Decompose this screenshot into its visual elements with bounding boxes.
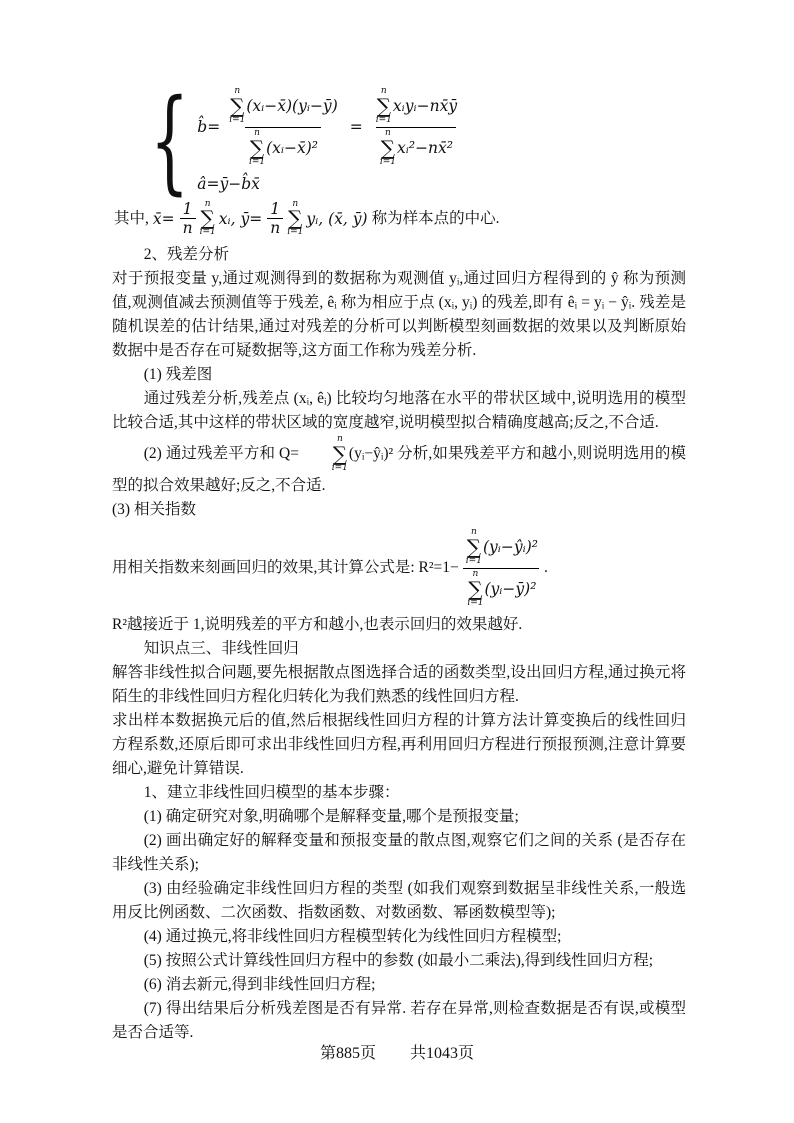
current-page-label: 第885页	[320, 1045, 376, 1062]
fraction-computational-form: n∑i=1 xᵢyᵢ−nx̄ȳ n∑i=1 xᵢ²−nx̄²	[372, 86, 460, 169]
r-squared-text: 用相关指数来刻画回归的效果,其计算公式是: R²=1−	[112, 556, 459, 580]
one-over-n-fraction: 1 n	[267, 200, 283, 238]
step-item-6: (6) 消去新元,得到非线性回归方程;	[112, 973, 686, 997]
one-over-n-fraction: 1 n	[180, 200, 196, 238]
r-squared-formula-line: 用相关指数来刻画回归的效果,其计算公式是: R²=1− n∑i=1 (yᵢ−ŷᵢ…	[112, 527, 686, 610]
step-item-4: (4) 通过换元,将非线性回归方程模型转化为线性回归方程模型;	[112, 925, 686, 949]
section-2-heading: 2、残差分析	[112, 243, 686, 267]
paragraph-residual-plot: 通过残差分析,残差点 (xᵢ, êᵢ) 比较均匀地落在水平的带状区域中,说明选用…	[112, 387, 686, 435]
item-1-heading: (1) 残差图	[112, 363, 686, 387]
paragraph-residual-definition: 对于预报变量 y,通过观测得到的数据称为观测值 yᵢ,通过回归方程得到的 ŷ 称…	[112, 267, 686, 363]
r-squared-note: R²越接近于 1,说明残差的平方和越小,也表示回归的效果越好.	[112, 613, 686, 637]
total-pages-label: 共1043页	[410, 1045, 474, 1062]
paragraph-nonlinear-method: 求出样本数据换元后的值,然后根据线性回归方程的计算方法计算变换后的线性回归方程系…	[112, 709, 686, 781]
numerator-expression: (yᵢ−ŷᵢ)²	[483, 539, 538, 555]
summation-icon: n∑i=1	[467, 570, 483, 609]
page-content: { b̂= n∑i=1 (xᵢ−x̄)(yᵢ−ȳ) n∑i=1 (xᵢ−x̄)²	[112, 86, 686, 1045]
summation-icon: n∑i=1	[200, 200, 216, 239]
denominator-expression: (xᵢ−x̄)²	[266, 140, 318, 156]
equals-sign: =	[350, 115, 363, 139]
step-item-2: (2) 画出确定好的解释变量和预报变量的散点图,观察它们之间的关系 (是否存在非…	[112, 829, 686, 877]
step-item-5: (5) 按照公式计算线性回归方程中的参数 (如最小二乘法),得到线性回归方程;	[112, 949, 686, 973]
paragraph-nonlinear-intro: 解答非线性拟合问题,要先根据散点图选择合适的函数类型,设出回归方程,通过换元将陌…	[112, 661, 686, 709]
step-item-3: (3) 由经验确定非线性回归方程的类型 (如我们观察到数据呈非线性关系,一般选用…	[112, 877, 686, 925]
a-hat-equation: â=ȳ−b̂x̄	[197, 172, 463, 196]
numerator-expression: (xᵢ−x̄)(yᵢ−ȳ)	[246, 98, 337, 114]
paragraph-residual-sum-of-squares: (2) 通过残差平方和 Q=n∑i=1(yᵢ−ŷᵢ)² 分析,如果残差平方和越小…	[112, 435, 686, 498]
summation-icon: n∑i=1	[229, 87, 245, 126]
summation-icon: n∑i=1	[249, 129, 265, 168]
denominator-expression: (yᵢ−ȳ)²	[484, 581, 536, 597]
sample-center-line: 其中, x̄= 1 n n∑i=1 xᵢ, ȳ= 1 n n∑i=1 yᵢ, (…	[112, 200, 686, 239]
fraction-deviation-form: n∑i=1 (xᵢ−x̄)(yᵢ−ȳ) n∑i=1 (xᵢ−x̄)²	[225, 86, 341, 169]
y-bar-lhs: xᵢ, ȳ=	[219, 207, 262, 231]
equation-rows: b̂= n∑i=1 (xᵢ−x̄)(yᵢ−ȳ) n∑i=1 (xᵢ−x̄)² =	[197, 86, 463, 196]
center-text: 其中,	[114, 207, 149, 231]
denominator-expression: xᵢ²−nx̄²	[397, 140, 453, 156]
numerator-expression: xᵢyᵢ−nx̄ȳ	[393, 98, 457, 114]
document-page: { b̂= n∑i=1 (xᵢ−x̄)(yᵢ−ȳ) n∑i=1 (xᵢ−x̄)²	[0, 0, 794, 1123]
summation-icon: n∑i=1	[466, 528, 482, 567]
b-hat-equation: b̂= n∑i=1 (xᵢ−x̄)(yᵢ−ȳ) n∑i=1 (xᵢ−x̄)² =	[197, 86, 463, 169]
formula-period: .	[544, 556, 548, 580]
item-3-heading: (3) 相关指数	[112, 498, 686, 522]
steps-heading: 1、建立非线性回归模型的基本步骤：	[112, 781, 686, 805]
r-squared-fraction: n∑i=1 (yᵢ−ŷᵢ)² n∑i=1 (yᵢ−ȳ)²	[462, 527, 541, 610]
summation-icon: n∑i=1	[376, 87, 392, 126]
step-item-1: (1) 确定研究对象,明确哪个是解释变量,哪个是预报变量;	[112, 805, 686, 829]
center-text-tail: 称为样本点的中心.	[372, 207, 500, 231]
left-brace: {	[150, 88, 189, 194]
summation-icon: n∑i=1	[300, 435, 348, 474]
b-hat-lhs: b̂=	[197, 115, 220, 139]
summation-icon: n∑i=1	[380, 129, 396, 168]
page-footer: 第885页 共1043页	[0, 1042, 794, 1066]
section-3-heading: 知识点三、非线性回归	[112, 637, 686, 661]
summation-icon: n∑i=1	[287, 200, 303, 239]
center-point-expression: yᵢ, (x̄, ȳ)	[306, 207, 367, 231]
step-item-7: (7) 得出结果后分析残差图是否有异常. 若存在异常,则检查数据是否有误,或模型…	[112, 997, 686, 1045]
item-2-text-head: (2) 通过残差平方和 Q=	[144, 445, 299, 462]
regression-coefficient-formula-block: { b̂= n∑i=1 (xᵢ−x̄)(yᵢ−ȳ) n∑i=1 (xᵢ−x̄)²	[134, 86, 686, 196]
x-bar-lhs: x̄=	[153, 207, 175, 231]
